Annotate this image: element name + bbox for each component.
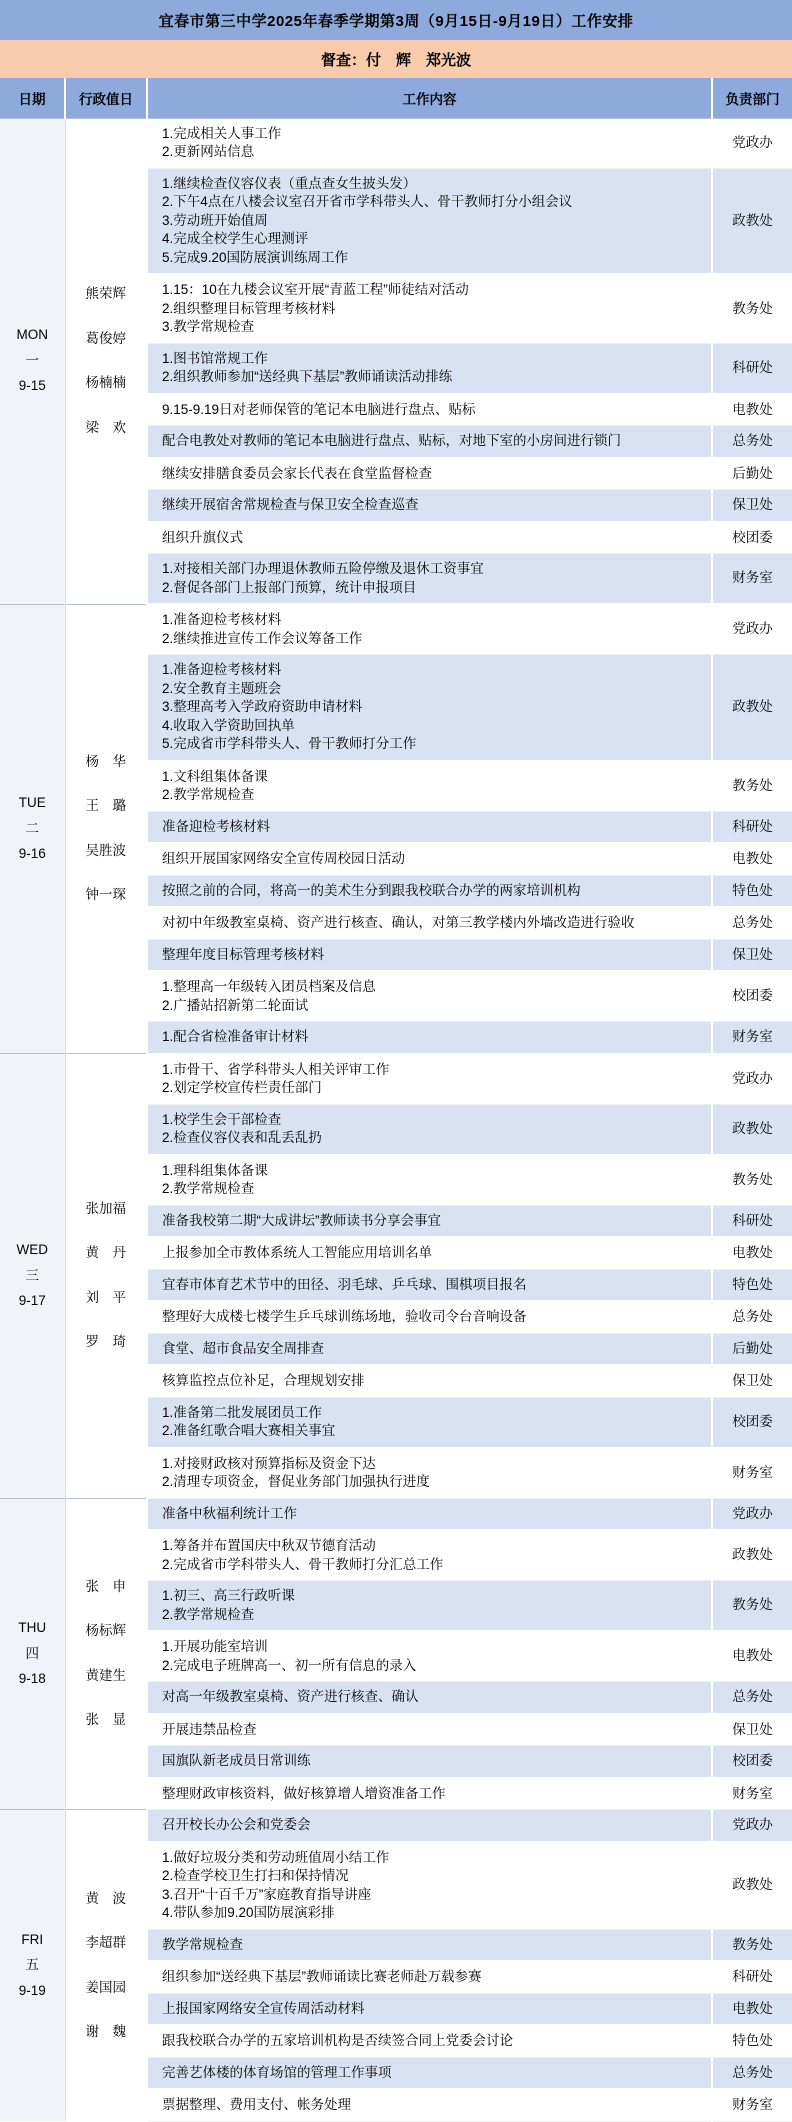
duty-name: 张加福: [86, 1200, 127, 1219]
work-content-cell: 1.开展功能室培训2.完成电子班牌高一、初一所有信息的录入: [147, 1631, 712, 1682]
day-date-stack: MON一9-15: [2, 326, 63, 396]
work-item: 4.收取入学资助回执单: [162, 717, 703, 736]
work-item: 票据整理、费用支付、帐务处理: [162, 2096, 703, 2115]
responsible-dept-cell: 校团委: [712, 1397, 792, 1448]
work-item: 上报参加全市教体系统人工智能应用培训名单: [162, 1244, 703, 1263]
responsible-dept-cell: 总务处: [712, 1682, 792, 1714]
responsible-dept-cell: 总务处: [712, 426, 792, 458]
day-label-cn: 二: [26, 820, 40, 839]
duty-name: 黄 波: [86, 1890, 127, 1909]
work-content-cell: 配合电教处对教师的笔记本电脑进行盘点、贴标，对地下室的小房间进行锁门: [147, 426, 712, 458]
duty-name: 罗 琦: [86, 1333, 127, 1352]
work-item: 2.广播站招新第二轮面试: [162, 997, 703, 1016]
work-item: 4.完成全校学生心理测评: [162, 230, 703, 249]
work-content-cell: 1.校学生会干部检查2.检查仪容仪表和乱丢乱扔: [147, 1104, 712, 1155]
work-item: 1.图书馆常规工作: [162, 350, 703, 369]
work-item: 2.清理专项资金，督促业务部门加强执行进度: [162, 1473, 703, 1492]
responsible-dept-cell: 保卫处: [712, 939, 792, 971]
duty-name: 熊荣辉: [86, 285, 127, 304]
work-content-cell: 1.继续检查仪容仪表（重点查女生披头发）2.下午4点在八楼会议室召开省市学科带头…: [147, 168, 712, 274]
task-row: FRI五9-19黄 波李超群姜国园谢 魏召开校长办公会和党委会党政办: [0, 1810, 792, 1842]
work-item: 教学常规检查: [162, 1936, 703, 1955]
responsible-dept-cell: 后勤处: [712, 458, 792, 490]
day-date: 9-15: [19, 377, 46, 396]
day-label-en: MON: [17, 326, 49, 345]
responsible-dept-cell: 党政办: [712, 604, 792, 655]
work-item: 2.完成省市学科带头人、骨干教师打分汇总工作: [162, 1556, 703, 1575]
work-content-cell: 上报参加全市教体系统人工智能应用培训名单: [147, 1237, 712, 1269]
work-item: 1.筹备并布置国庆中秋双节德育活动: [162, 1537, 703, 1556]
column-header-work: 工作内容: [147, 78, 712, 118]
work-item: 2.教学常规检查: [162, 786, 703, 805]
work-content-cell: 整理好大成楼七楼学生乒乓球训练场地，验收司令台音响设备: [147, 1301, 712, 1333]
day-date-cell: FRI五9-19: [0, 1810, 65, 2122]
duty-name: 张 显: [86, 1711, 127, 1730]
responsible-dept-cell: 党政办: [712, 1054, 792, 1105]
column-header-date: 日期: [0, 78, 65, 118]
work-item: 3.整理高考入学政府资助申请材料: [162, 698, 703, 717]
day-date-stack: TUE二9-16: [2, 794, 63, 864]
responsible-dept-cell: 教务处: [712, 1155, 792, 1206]
responsible-dept-cell: 财务室: [712, 1022, 792, 1054]
duty-name: 王 璐: [86, 797, 127, 816]
work-item: 2.检查学校卫生打扫和保持情况: [162, 1867, 703, 1886]
responsible-dept-cell: 特色处: [712, 875, 792, 907]
work-item: 继续开展宿舍常规检查与保卫安全检查巡查: [162, 496, 703, 515]
responsible-dept-cell: 特色处: [712, 2025, 792, 2057]
day-label-cn: 一: [26, 352, 40, 371]
work-schedule-page: 宜春市第三中学2025年春季学期第3周（9月15日-9月19日）工作安排 督查：…: [0, 0, 792, 2122]
work-item: 2.组织整理目标管理考核材料: [162, 300, 703, 319]
responsible-dept-cell: 电教处: [712, 843, 792, 875]
day-date: 9-17: [19, 1292, 46, 1311]
work-content-cell: 核算监控点位补足，合理规划安排: [147, 1365, 712, 1397]
work-content-cell: 国旗队新老成员日常训练: [147, 1746, 712, 1778]
responsible-dept-cell: 保卫处: [712, 1714, 792, 1746]
work-content-cell: 准备迎检考核材料: [147, 811, 712, 843]
duty-name: 梁 欢: [86, 419, 127, 438]
duty-name: 吴胜波: [86, 842, 127, 861]
day-date-cell: MON一9-15: [0, 118, 65, 604]
work-content-cell: 对高一年级教室桌椅、资产进行核查、确认: [147, 1682, 712, 1714]
work-item: 5.完成9.20国防展演训练周工作: [162, 249, 703, 268]
duty-name: 黄 丹: [86, 1244, 127, 1263]
work-item: 上报国家网络安全宣传周活动材料: [162, 2000, 703, 2019]
work-item: 3.召开“十百千万”家庭教育指导讲座: [162, 1886, 703, 1905]
work-content-cell: 召开校长办公会和党委会: [147, 1810, 712, 1842]
work-content-cell: 整理财政审核资料，做好核算增人增资准备工作: [147, 1778, 712, 1810]
responsible-dept-cell: 校团委: [712, 1746, 792, 1778]
work-content-cell: 票据整理、费用支付、帐务处理: [147, 2089, 712, 2121]
work-item: 2.更新网站信息: [162, 143, 703, 162]
work-item: 2.准备红歌合唱大赛相关事宜: [162, 1422, 703, 1441]
day-label-cn: 三: [26, 1267, 40, 1286]
task-row: TUE二9-16杨 华王 璐吴胜波钟一琛1.准备迎检考核材料2.继续推进宣传工作…: [0, 604, 792, 655]
work-item: 1.完成相关人事工作: [162, 125, 703, 144]
work-item: 核算监控点位补足，合理规划安排: [162, 1372, 703, 1391]
task-row: MON一9-15熊荣辉葛俊婷杨楠楠梁 欢1.完成相关人事工作2.更新网站信息党政…: [0, 118, 792, 168]
header-row: 日期 行政值日 工作内容 负责部门: [0, 78, 792, 118]
work-item: 准备迎检考核材料: [162, 818, 703, 837]
duty-name: 杨楠楠: [86, 374, 127, 393]
work-item: 组织升旗仪式: [162, 529, 703, 548]
responsible-dept-cell: 财务室: [712, 2089, 792, 2121]
work-item: 2.划定学校宣传栏责任部门: [162, 1079, 703, 1098]
duty-name: 姜国园: [86, 1979, 127, 1998]
day-date-cell: WED三9-17: [0, 1054, 65, 1499]
work-item: 2.安全教育主题班会: [162, 680, 703, 699]
duty-name: 黄建生: [86, 1667, 127, 1686]
responsible-dept-cell: 政教处: [712, 1842, 792, 1930]
work-content-cell: 1.完成相关人事工作2.更新网站信息: [147, 118, 712, 168]
duty-name: 李超群: [86, 1934, 127, 1953]
duty-roster-cell: 黄 波李超群姜国园谢 魏: [65, 1810, 147, 2122]
work-item: 对初中年级教室桌椅、资产进行核查、确认，对第三教学楼内外墙改造进行验收: [162, 914, 703, 933]
column-header-dept: 负责部门: [712, 78, 792, 118]
responsible-dept-cell: 电教处: [712, 1993, 792, 2025]
work-item: 1.准备第二批发展团员工作: [162, 1404, 703, 1423]
work-content-cell: 准备中秋福利统计工作: [147, 1498, 712, 1530]
work-content-cell: 组织参加“送经典下基层”教师诵读比赛老师赴万载参赛: [147, 1961, 712, 1993]
duty-name: 刘 平: [86, 1289, 127, 1308]
work-content-cell: 1.15：10在九楼会议室开展“青蓝工程”师徒结对活动2.组织整理目标管理考核材…: [147, 274, 712, 343]
work-content-cell: 1.准备迎检考核材料2.继续推进宣传工作会议筹备工作: [147, 604, 712, 655]
day-label-en: WED: [17, 1241, 49, 1260]
work-item: 配合电教处对教师的笔记本电脑进行盘点、贴标，对地下室的小房间进行锁门: [162, 432, 703, 451]
work-content-cell: 准备我校第二期“大成讲坛”教师读书分享会事宜: [147, 1205, 712, 1237]
work-item: 1.准备迎检考核材料: [162, 661, 703, 680]
responsible-dept-cell: 财务室: [712, 554, 792, 605]
responsible-dept-cell: 后勤处: [712, 1333, 792, 1365]
work-item: 3.教学常规检查: [162, 318, 703, 337]
work-content-cell: 教学常规检查: [147, 1929, 712, 1961]
work-content-cell: 1.筹备并布置国庆中秋双节德育活动2.完成省市学科带头人、骨干教师打分汇总工作: [147, 1530, 712, 1581]
responsible-dept-cell: 电教处: [712, 1631, 792, 1682]
work-item: 1.开展功能室培训: [162, 1638, 703, 1657]
responsible-dept-cell: 科研处: [712, 343, 792, 394]
work-item: 组织开展国家网络安全宣传周校园日活动: [162, 850, 703, 869]
work-item: 1.文科组集体备课: [162, 768, 703, 787]
schedule-table: 日期 行政值日 工作内容 负责部门 MON一9-15熊荣辉葛俊婷杨楠楠梁 欢1.…: [0, 78, 792, 2122]
work-item: 准备中秋福利统计工作: [162, 1505, 703, 1524]
duty-name: 钟一琛: [86, 886, 127, 905]
work-item: 宜春市体育艺术节中的田径、羽毛球、乒乓球、围棋项目报名: [162, 1276, 703, 1295]
work-content-cell: 1.准备迎检考核材料2.安全教育主题班会3.整理高考入学政府资助申请材料4.收取…: [147, 655, 712, 761]
work-item: 1.对接财政核对预算指标及资金下达: [162, 1455, 703, 1474]
work-content-cell: 上报国家网络安全宣传周活动材料: [147, 1993, 712, 2025]
responsible-dept-cell: 党政办: [712, 118, 792, 168]
work-content-cell: 完善艺体楼的体育场馆的管理工作事项: [147, 2057, 712, 2089]
day-date: 9-18: [19, 1670, 46, 1689]
work-content-cell: 继续安排膳食委员会家长代表在食堂监督检查: [147, 458, 712, 490]
responsible-dept-cell: 党政办: [712, 1498, 792, 1530]
responsible-dept-cell: 科研处: [712, 1961, 792, 1993]
responsible-dept-cell: 科研处: [712, 1205, 792, 1237]
work-item: 1.继续检查仪容仪表（重点查女生披头发）: [162, 175, 703, 194]
responsible-dept-cell: 总务处: [712, 907, 792, 939]
work-content-cell: 组织开展国家网络安全宣传周校园日活动: [147, 843, 712, 875]
work-content-cell: 宜春市体育艺术节中的田径、羽毛球、乒乓球、围棋项目报名: [147, 1269, 712, 1301]
work-item: 1.准备迎检考核材料: [162, 611, 703, 630]
document-title: 宜春市第三中学2025年春季学期第3周（9月15日-9月19日）工作安排: [0, 0, 792, 40]
work-content-cell: 1.整理高一年级转入团员档案及信息2.广播站招新第二轮面试: [147, 971, 712, 1022]
responsible-dept-cell: 政教处: [712, 1104, 792, 1155]
work-content-cell: 1.对接相关部门办理退休教师五险停缴及退休工资事宜2.督促各部门上报部门预算，统…: [147, 554, 712, 605]
work-item: 食堂、超市食品安全周排查: [162, 1340, 703, 1359]
day-label-en: FRI: [21, 1931, 43, 1950]
responsible-dept-cell: 保卫处: [712, 490, 792, 522]
work-item: 继续安排膳食委员会家长代表在食堂监督检查: [162, 465, 703, 484]
work-item: 4.带队参加9.20国防展演彩排: [162, 1904, 703, 1923]
responsible-dept-cell: 总务处: [712, 1301, 792, 1333]
duty-roster-cell: 熊荣辉葛俊婷杨楠楠梁 欢: [65, 118, 147, 604]
work-item: 1.初三、高三行政听课: [162, 1587, 703, 1606]
responsible-dept-cell: 电教处: [712, 394, 792, 426]
day-label-cn: 四: [26, 1645, 40, 1664]
responsible-dept-cell: 教务处: [712, 1581, 792, 1632]
duty-name: 杨 华: [86, 753, 127, 772]
work-content-cell: 1.配合省检准备审计材料: [147, 1022, 712, 1054]
work-content-cell: 1.初三、高三行政听课2.教学常规检查: [147, 1581, 712, 1632]
work-content-cell: 继续开展宿舍常规检查与保卫安全检查巡查: [147, 490, 712, 522]
duty-name: 张 申: [86, 1578, 127, 1597]
day-label-cn: 五: [26, 1956, 40, 1975]
work-content-cell: 跟我校联合办学的五家培训机构是否续签合同上党委会讨论: [147, 2025, 712, 2057]
column-header-duty: 行政值日: [65, 78, 147, 118]
work-content-cell: 1.理科组集体备课2.教学常规检查: [147, 1155, 712, 1206]
schedule-body: MON一9-15熊荣辉葛俊婷杨楠楠梁 欢1.完成相关人事工作2.更新网站信息党政…: [0, 118, 792, 2121]
work-content-cell: 9.15-9.19日对老师保管的笔记本电脑进行盘点、贴标: [147, 394, 712, 426]
work-item: 1.整理高一年级转入团员档案及信息: [162, 978, 703, 997]
work-item: 准备我校第二期“大成讲坛”教师读书分享会事宜: [162, 1212, 703, 1231]
duty-roster-cell: 杨 华王 璐吴胜波钟一琛: [65, 604, 147, 1054]
work-content-cell: 按照之前的合同，将高一的美术生分到跟我校联合办学的两家培训机构: [147, 875, 712, 907]
day-date-cell: THU四9-18: [0, 1498, 65, 1810]
work-content-cell: 1.对接财政核对预算指标及资金下达2.清理专项资金，督促业务部门加强执行进度: [147, 1448, 712, 1499]
day-date-stack: FRI五9-19: [2, 1931, 63, 2001]
work-item: 2.检查仪容仪表和乱丢乱扔: [162, 1129, 703, 1148]
duty-name: 谢 魏: [86, 2023, 127, 2042]
work-content-cell: 食堂、超市食品安全周排查: [147, 1333, 712, 1365]
duty-name: 杨标辉: [86, 1622, 127, 1641]
work-item: 开展违禁品检查: [162, 1721, 703, 1740]
responsible-dept-cell: 教务处: [712, 761, 792, 812]
work-item: 召开校长办公会和党委会: [162, 1816, 703, 1835]
work-item: 5.完成省市学科带头人、骨干教师打分工作: [162, 735, 703, 754]
day-date-stack: THU四9-18: [2, 1619, 63, 1689]
responsible-dept-cell: 科研处: [712, 811, 792, 843]
duty-name-stack: 黄 波李超群姜国园谢 魏: [68, 1890, 145, 2042]
responsible-dept-cell: 教务处: [712, 274, 792, 343]
work-item: 2.继续推进宣传工作会议筹备工作: [162, 630, 703, 649]
responsible-dept-cell: 政教处: [712, 1530, 792, 1581]
responsible-dept-cell: 校团委: [712, 522, 792, 554]
work-content-cell: 整理年度目标管理考核材料: [147, 939, 712, 971]
responsible-dept-cell: 总务处: [712, 2057, 792, 2089]
work-item: 完善艺体楼的体育场馆的管理工作事项: [162, 2064, 703, 2083]
responsible-dept-cell: 政教处: [712, 168, 792, 274]
work-content-cell: 组织升旗仪式: [147, 522, 712, 554]
work-item: 组织参加“送经典下基层”教师诵读比赛老师赴万载参赛: [162, 1968, 703, 1987]
work-item: 跟我校联合办学的五家培训机构是否续签合同上党委会讨论: [162, 2032, 703, 2051]
day-date-stack: WED三9-17: [2, 1241, 63, 1311]
work-content-cell: 1.准备第二批发展团员工作2.准备红歌合唱大赛相关事宜: [147, 1397, 712, 1448]
work-item: 国旗队新老成员日常训练: [162, 1752, 703, 1771]
work-item: 3.劳动班开始值周: [162, 212, 703, 231]
responsible-dept-cell: 政教处: [712, 655, 792, 761]
work-content-cell: 开展违禁品检查: [147, 1714, 712, 1746]
work-item: 1.对接相关部门办理退休教师五险停缴及退休工资事宜: [162, 560, 703, 579]
work-item: 2.完成电子班牌高一、初一所有信息的录入: [162, 1657, 703, 1676]
work-item: 2.教学常规检查: [162, 1180, 703, 1199]
duty-name-stack: 张加福黄 丹刘 平罗 琦: [68, 1200, 145, 1352]
work-content-cell: 1.市骨干、省学科带头人相关评审工作2.划定学校宣传栏责任部门: [147, 1054, 712, 1105]
task-row: THU四9-18张 申杨标辉黄建生张 显准备中秋福利统计工作党政办: [0, 1498, 792, 1530]
duty-roster-cell: 张 申杨标辉黄建生张 显: [65, 1498, 147, 1810]
responsible-dept-cell: 电教处: [712, 1237, 792, 1269]
day-date: 9-19: [19, 1982, 46, 2001]
work-item: 1.15：10在九楼会议室开展“青蓝工程”师徒结对活动: [162, 281, 703, 300]
work-item: 9.15-9.19日对老师保管的笔记本电脑进行盘点、贴标: [162, 401, 703, 420]
work-item: 2.组织教师参加“送经典下基层”教师诵读活动排练: [162, 368, 703, 387]
responsible-dept-cell: 财务室: [712, 1778, 792, 1810]
work-content-cell: 1.图书馆常规工作2.组织教师参加“送经典下基层”教师诵读活动排练: [147, 343, 712, 394]
work-item: 1.做好垃圾分类和劳动班值周小结工作: [162, 1849, 703, 1868]
responsible-dept-cell: 财务室: [712, 1448, 792, 1499]
work-item: 整理财政审核资料，做好核算增人增资准备工作: [162, 1785, 703, 1804]
work-item: 1.市骨干、省学科带头人相关评审工作: [162, 1061, 703, 1080]
work-content-cell: 对初中年级教室桌椅、资产进行核查、确认，对第三教学楼内外墙改造进行验收: [147, 907, 712, 939]
day-date-cell: TUE二9-16: [0, 604, 65, 1054]
work-content-cell: 1.文科组集体备课2.教学常规检查: [147, 761, 712, 812]
work-item: 对高一年级教室桌椅、资产进行核查、确认: [162, 1688, 703, 1707]
work-item: 2.教学常规检查: [162, 1606, 703, 1625]
day-date: 9-16: [19, 845, 46, 864]
work-content-cell: 1.做好垃圾分类和劳动班值周小结工作2.检查学校卫生打扫和保持情况3.召开“十百…: [147, 1842, 712, 1930]
duty-name: 葛俊婷: [86, 330, 127, 349]
responsible-dept-cell: 党政办: [712, 1810, 792, 1842]
work-item: 2.督促各部门上报部门预算，统计申报项目: [162, 579, 703, 598]
duty-name-stack: 张 申杨标辉黄建生张 显: [68, 1578, 145, 1730]
duty-name-stack: 熊荣辉葛俊婷杨楠楠梁 欢: [68, 285, 145, 437]
duty-roster-cell: 张加福黄 丹刘 平罗 琦: [65, 1054, 147, 1499]
responsible-dept-cell: 保卫处: [712, 1365, 792, 1397]
work-item: 1.校学生会干部检查: [162, 1111, 703, 1130]
task-row: WED三9-17张加福黄 丹刘 平罗 琦1.市骨干、省学科带头人相关评审工作2.…: [0, 1054, 792, 1105]
supervisor-row: 督查：付 辉 郑光波: [0, 40, 792, 78]
work-item: 整理好大成楼七楼学生乒乓球训练场地，验收司令台音响设备: [162, 1308, 703, 1327]
work-item: 2.下午4点在八楼会议室召开省市学科带头人、骨干教师打分小组会议: [162, 193, 703, 212]
work-item: 整理年度目标管理考核材料: [162, 946, 703, 965]
responsible-dept-cell: 特色处: [712, 1269, 792, 1301]
responsible-dept-cell: 校团委: [712, 971, 792, 1022]
day-label-en: THU: [18, 1619, 46, 1638]
work-item: 1.理科组集体备课: [162, 1162, 703, 1181]
day-label-en: TUE: [19, 794, 46, 813]
work-item: 1.配合省检准备审计材料: [162, 1028, 703, 1047]
responsible-dept-cell: 教务处: [712, 1929, 792, 1961]
work-item: 按照之前的合同，将高一的美术生分到跟我校联合办学的两家培训机构: [162, 882, 703, 901]
duty-name-stack: 杨 华王 璐吴胜波钟一琛: [68, 753, 145, 905]
